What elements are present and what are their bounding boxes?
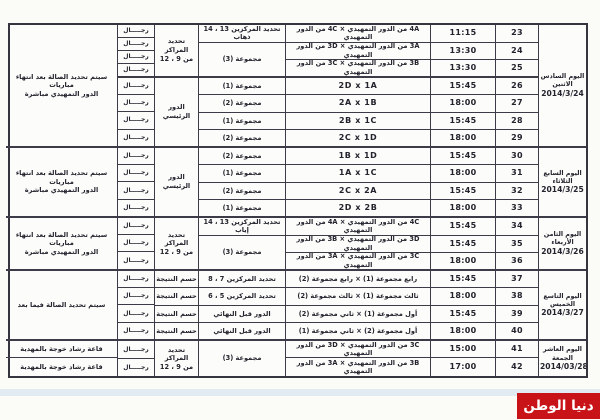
cell-line: سيتم تحديد الصالة فيما بعد bbox=[7, 301, 116, 310]
cell-line: اليوم العاشر bbox=[540, 345, 585, 353]
round-cell: الدور الرئيسي bbox=[154, 148, 198, 218]
round-cell: تحديد المراكزمن 9 ، 12 bbox=[154, 341, 198, 376]
gender-label: رجـــــال bbox=[118, 95, 154, 112]
match-time-cell: 15:00 bbox=[430, 341, 495, 359]
venue-cell: قاعة رشاد خوجة بالمهدية bbox=[6, 341, 117, 359]
stage-cell: مجموعة (3) bbox=[198, 341, 285, 376]
cell-line: مجموعة (2) bbox=[200, 152, 284, 161]
match-teams-cell: أول مجموعة (2) × ثاني مجموعة (1) bbox=[285, 323, 430, 341]
venue-cell: سيتم تحديد الصالة بعد انتهاء مبارياتالدو… bbox=[6, 25, 117, 148]
cell-line: اليوم الثامن bbox=[540, 230, 585, 238]
match-teams-cell: 2C x 2A bbox=[285, 183, 430, 201]
round-cell: تحديد المراكزمن 9 ، 12 bbox=[154, 218, 198, 271]
match-teams-cell: 2A x 1B bbox=[285, 95, 430, 113]
stage-cell: مجموعة (2) bbox=[198, 95, 285, 113]
match-number-cell: 42 bbox=[495, 358, 538, 376]
stage-cell: مجموعة (1) bbox=[198, 165, 285, 183]
day-date-cell: اليوم العاشرالجمعة2014/03/28 bbox=[538, 341, 586, 376]
cell-line: تحديد المركزين 13 ، 14 bbox=[200, 218, 284, 226]
match-number-cell: 41 bbox=[495, 341, 538, 359]
venue-cell: سيتم تحديد الصالة فيما بعد bbox=[6, 271, 117, 341]
cell-line: اليوم التاسع bbox=[540, 292, 585, 300]
stage-cell: مجموعة (1) bbox=[198, 78, 285, 96]
gender-label: رجـــــال bbox=[118, 305, 154, 322]
gender-label: رجـــــال bbox=[118, 323, 154, 339]
match-teams-cell: 3C من الدور التمهيدي × 3D من الدور التمه… bbox=[285, 341, 430, 359]
cell-line: حسم النتيجة bbox=[156, 327, 197, 336]
site-watermark-text: دنيا الوطن bbox=[523, 398, 593, 414]
match-number-cell: 30 bbox=[495, 148, 538, 166]
round-cell: حسم النتيجة bbox=[154, 323, 198, 341]
venue-cell: سيتم تحديد الصالة بعد انتهاء مبارياتالدو… bbox=[6, 148, 117, 218]
cell-line: تحديد المراكز bbox=[156, 231, 197, 248]
cell-line: سيتم تحديد الصالة بعد انتهاء مباريات bbox=[7, 73, 116, 90]
cell-line: تحديد المركزين 5 ، 6 bbox=[200, 292, 284, 301]
round-cell: حسم النتيجة bbox=[154, 271, 198, 289]
gender-cell: رجـــــالرجـــــالرجـــــالرجـــــال bbox=[117, 25, 154, 78]
cell-line: مجموعة (1) bbox=[200, 82, 284, 91]
round-cell: حسم النتيجة bbox=[154, 306, 198, 324]
match-teams-cell: 2D x 1A bbox=[285, 78, 430, 96]
match-time-cell: 15:45 bbox=[430, 78, 495, 96]
gender-label: رجـــــال bbox=[118, 341, 154, 359]
cell-line: تحديد المراكز bbox=[156, 37, 197, 54]
gender-label: رجـــــال bbox=[118, 235, 154, 252]
match-teams-cell: 1B x 1D bbox=[285, 148, 430, 166]
cell-line: مجموعة (1) bbox=[200, 204, 284, 213]
schedule-table: 2324252627282930313233343536373839404142… bbox=[8, 23, 588, 378]
match-time-cell: 15:45 bbox=[430, 306, 495, 324]
cell-line: الدور التمهيدي مباشرة bbox=[7, 186, 116, 195]
match-number-cell: 29 bbox=[495, 130, 538, 148]
match-time-cell: 13:30 bbox=[430, 43, 495, 61]
gender-label: رجـــــال bbox=[118, 148, 154, 165]
gender-label: رجـــــال bbox=[118, 78, 154, 95]
gender-label: رجـــــال bbox=[118, 288, 154, 305]
gender-cell: رجـــــالرجـــــال bbox=[117, 341, 154, 376]
gender-label: رجـــــال bbox=[118, 64, 154, 76]
match-time-cell: 11:15 bbox=[430, 25, 495, 43]
cell-line: من 9 ، 12 bbox=[156, 363, 197, 372]
cell-line: الدور التمهيدي مباشرة bbox=[7, 90, 116, 99]
stage-cell: تحديد المركزين 7 ، 8 bbox=[198, 271, 285, 289]
cell-line: مجموعة (3) bbox=[200, 55, 284, 64]
match-number-cell: 39 bbox=[495, 306, 538, 324]
cell-line: إياب bbox=[200, 226, 284, 235]
match-time-cell: 15:45 bbox=[430, 236, 495, 254]
match-teams-cell: 3D من الدور التمهيدي × 3B من الدور التمه… bbox=[285, 236, 430, 254]
match-teams-cell: رابع مجموعة (1) × رابع مجموعة (2) bbox=[285, 271, 430, 289]
gender-label: رجـــــال bbox=[118, 359, 154, 376]
cell-line: مجموعة (1) bbox=[200, 117, 284, 126]
match-time-cell: 18:00 bbox=[430, 288, 495, 306]
cell-line: مجموعة (2) bbox=[200, 99, 284, 108]
cell-line: 2014/3/26 bbox=[540, 247, 585, 257]
match-time-cell: 13:30 bbox=[430, 60, 495, 78]
bottom-strip bbox=[0, 389, 600, 396]
gender-cell: رجـــــالرجـــــالرجـــــالرجـــــال bbox=[117, 148, 154, 218]
round-cell: تحديد المراكزمن 9 ، 12 bbox=[154, 25, 198, 78]
match-time-cell: 18:00 bbox=[430, 95, 495, 113]
gender-label: رجـــــال bbox=[118, 112, 154, 129]
stage-cell: مجموعة (2) bbox=[198, 148, 285, 166]
day-date-cell: اليوم السابعالثلاثاء2014/3/25 bbox=[538, 148, 586, 218]
cell-line: تحديد المركزين 7 ، 8 bbox=[200, 275, 284, 284]
cell-line: الدور التمهيدي مباشرة bbox=[7, 248, 116, 257]
stage-cell: مجموعة (1) bbox=[198, 200, 285, 218]
cell-line: مجموعة (2) bbox=[200, 187, 284, 196]
stage-cell: مجموعة (3) bbox=[198, 43, 285, 78]
cell-line: الدور قبل النهائي bbox=[200, 327, 284, 336]
cell-line: حسم النتيجة bbox=[156, 310, 197, 319]
cell-line: 2014/3/27 bbox=[540, 308, 585, 318]
match-time-cell: 15:45 bbox=[430, 113, 495, 131]
match-number-cell: 33 bbox=[495, 200, 538, 218]
match-number-cell: 40 bbox=[495, 323, 538, 341]
cell-line: الثلاثاء bbox=[540, 177, 585, 185]
match-number-cell: 26 bbox=[495, 78, 538, 96]
match-teams-cell: 1A x 1C bbox=[285, 165, 430, 183]
cell-line: الدور الرئيسي bbox=[156, 103, 197, 120]
round-cell: الدور الرئيسي bbox=[154, 78, 198, 148]
match-time-cell: 18:00 bbox=[430, 253, 495, 271]
stage-cell: مجموعة (2) bbox=[198, 130, 285, 148]
cell-line: قاعة رشاد خوجة بالمهدية bbox=[7, 363, 116, 372]
gender-label: رجـــــال bbox=[118, 182, 154, 199]
match-number-cell: 27 bbox=[495, 95, 538, 113]
cell-line: اليوم السادس bbox=[540, 72, 585, 80]
cell-line: مجموعة (3) bbox=[200, 354, 284, 363]
cell-line: الأربعاء bbox=[540, 238, 585, 246]
match-number-cell: 34 bbox=[495, 218, 538, 236]
cell-line: مجموعة (2) bbox=[200, 134, 284, 143]
stage-cell: الدور قبل النهائي bbox=[198, 306, 285, 324]
cell-line: حسم النتيجة bbox=[156, 292, 197, 301]
cell-line: تحديد المركزين 13 ، 14 bbox=[200, 25, 284, 33]
match-number-cell: 32 bbox=[495, 183, 538, 201]
match-teams-cell: 3B من الدور التمهيدي × 3C من الدور التمه… bbox=[285, 60, 430, 78]
match-teams-cell: ثالث مجموعة (1) × ثالث مجموعة (2) bbox=[285, 288, 430, 306]
cell-line: سيتم تحديد الصالة بعد انتهاء مباريات bbox=[7, 169, 116, 186]
gender-label: رجـــــال bbox=[118, 252, 154, 268]
match-number-cell: 31 bbox=[495, 165, 538, 183]
match-time-cell: 15:45 bbox=[430, 271, 495, 289]
site-watermark: دنيا الوطن bbox=[517, 393, 600, 419]
venue-cell: قاعة رشاد خوجة بالمهدية bbox=[6, 358, 117, 376]
match-time-cell: 18:00 bbox=[430, 200, 495, 218]
stage-cell: تحديد المركزين 13 ، 14ذهاب bbox=[198, 25, 285, 43]
cell-line: الدور قبل النهائي bbox=[200, 310, 284, 319]
match-time-cell: 15:45 bbox=[430, 148, 495, 166]
match-time-cell: 15:45 bbox=[430, 218, 495, 236]
gender-label: رجـــــال bbox=[118, 271, 154, 288]
match-number-cell: 28 bbox=[495, 113, 538, 131]
match-time-cell: 15:45 bbox=[430, 183, 495, 201]
cell-line: 2014/3/25 bbox=[540, 185, 585, 195]
gender-cell: رجـــــالرجـــــالرجـــــال bbox=[117, 218, 154, 271]
match-teams-cell: 3A من الدور التمهيدي × 3D من الدور التمه… bbox=[285, 43, 430, 61]
gender-cell: رجـــــالرجـــــالرجـــــالرجـــــال bbox=[117, 78, 154, 148]
match-number-cell: 36 bbox=[495, 253, 538, 271]
match-time-cell: 18:00 bbox=[430, 165, 495, 183]
gender-label: رجـــــال bbox=[118, 200, 154, 216]
cell-line: حسم النتيجة bbox=[156, 275, 197, 284]
cell-line: ذهاب bbox=[200, 33, 284, 42]
cell-line: تحديد المراكز bbox=[156, 346, 197, 363]
match-teams-cell: أول مجموعة (1) × ثاني مجموعة (2) bbox=[285, 306, 430, 324]
cell-line: من 9 ، 12 bbox=[156, 55, 197, 64]
match-number-cell: 38 bbox=[495, 288, 538, 306]
cell-line: 2014/3/24 bbox=[540, 89, 585, 99]
match-number-cell: 37 bbox=[495, 271, 538, 289]
stage-cell: تحديد المركزين 13 ، 14إياب bbox=[198, 218, 285, 236]
match-teams-cell: 2B x 1C bbox=[285, 113, 430, 131]
stage-cell: مجموعة (3) bbox=[198, 236, 285, 271]
gender-label: رجـــــال bbox=[118, 38, 154, 51]
stage-cell: مجموعة (1) bbox=[198, 113, 285, 131]
match-number-cell: 25 bbox=[495, 60, 538, 78]
gender-label: رجـــــال bbox=[118, 130, 154, 146]
match-teams-cell: 3B من الدور التمهيدي × 3A من الدور التمه… bbox=[285, 358, 430, 376]
match-time-cell: 18:00 bbox=[430, 323, 495, 341]
round-cell: حسم النتيجة bbox=[154, 288, 198, 306]
match-time-cell: 18:00 bbox=[430, 130, 495, 148]
match-teams-cell: 4A من الدور التمهيدي × 4C من الدور التمه… bbox=[285, 25, 430, 43]
cell-line: قاعة رشاد خوجة بالمهدية bbox=[7, 345, 116, 354]
cell-line: من 9 ، 12 bbox=[156, 248, 197, 257]
stage-cell: مجموعة (2) bbox=[198, 183, 285, 201]
cell-line: مجموعة (1) bbox=[200, 169, 284, 178]
match-teams-cell: 2D x 2B bbox=[285, 200, 430, 218]
venue-cell: سيتم تحديد الصالة بعد انتهاء مبارياتالدو… bbox=[6, 218, 117, 271]
match-teams-cell: 4C من الدور التمهيدي × 4A من الدور التمه… bbox=[285, 218, 430, 236]
gender-label: رجـــــال bbox=[118, 51, 154, 64]
day-date-cell: اليوم الثامنالأربعاء2014/3/26 bbox=[538, 218, 586, 271]
gender-label: رجـــــال bbox=[118, 218, 154, 235]
cell-line: اليوم السابع bbox=[540, 169, 585, 177]
day-date-cell: اليوم السادسالاثنين2014/3/24 bbox=[538, 25, 586, 148]
cell-line: مجموعة (3) bbox=[200, 248, 284, 257]
match-teams-cell: 2C x 1D bbox=[285, 130, 430, 148]
cell-line: الجمعة bbox=[540, 354, 585, 362]
match-time-cell: 17:00 bbox=[430, 358, 495, 376]
scanned-schedule-page: 2324252627282930313233343536373839404142… bbox=[0, 0, 600, 420]
cell-line: الاثنين bbox=[540, 80, 585, 88]
match-number-cell: 35 bbox=[495, 236, 538, 254]
stage-cell: تحديد المركزين 5 ، 6 bbox=[198, 288, 285, 306]
cell-line: سيتم تحديد الصالة بعد انتهاء مباريات bbox=[7, 231, 116, 248]
gender-label: رجـــــال bbox=[118, 25, 154, 38]
match-number-cell: 23 bbox=[495, 25, 538, 43]
gender-label: رجـــــال bbox=[118, 165, 154, 182]
cell-line: الخميس bbox=[540, 300, 585, 308]
day-date-cell: اليوم التاسعالخميس2014/3/27 bbox=[538, 271, 586, 341]
match-number-cell: 24 bbox=[495, 43, 538, 61]
match-teams-cell: 3C من الدور التمهيدي × 3A من الدور التمه… bbox=[285, 253, 430, 271]
cell-line: الدور الرئيسي bbox=[156, 173, 197, 190]
cell-line: 2014/03/28 bbox=[540, 362, 585, 372]
gender-cell: رجـــــالرجـــــالرجـــــالرجـــــال bbox=[117, 271, 154, 341]
stage-cell: الدور قبل النهائي bbox=[198, 323, 285, 341]
